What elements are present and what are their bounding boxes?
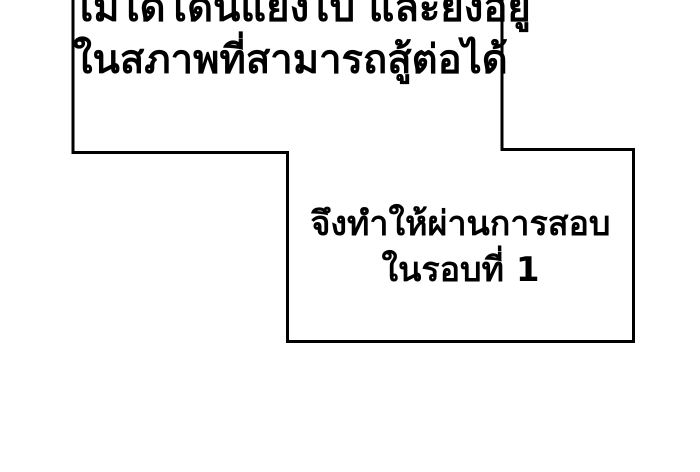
comic-panel: ไม่ได้โดนแย่งไป และยังอยู่ ในสภาพที่สามา… [0,0,700,472]
speech-bubble-top: ไม่ได้โดนแย่งไป และยังอยู่ ในสภาพที่สามา… [73,0,503,86]
speech-bubble-top-line-1: ไม่ได้โดนแย่งไป และยังอยู่ [73,0,503,34]
speech-bubble-bottom-line-1: จึงทำให้ผ่านการสอบ [311,201,611,247]
speech-bubble-bottom-line-2: ในรอบที่ 1 [381,247,539,293]
speech-bubble-bottom: จึงทำให้ผ่านการสอบ ในรอบที่ 1 [287,150,634,343]
speech-bubble-top-line-2: ในสภาพที่สามารถสู้ต่อได้ [73,34,503,86]
